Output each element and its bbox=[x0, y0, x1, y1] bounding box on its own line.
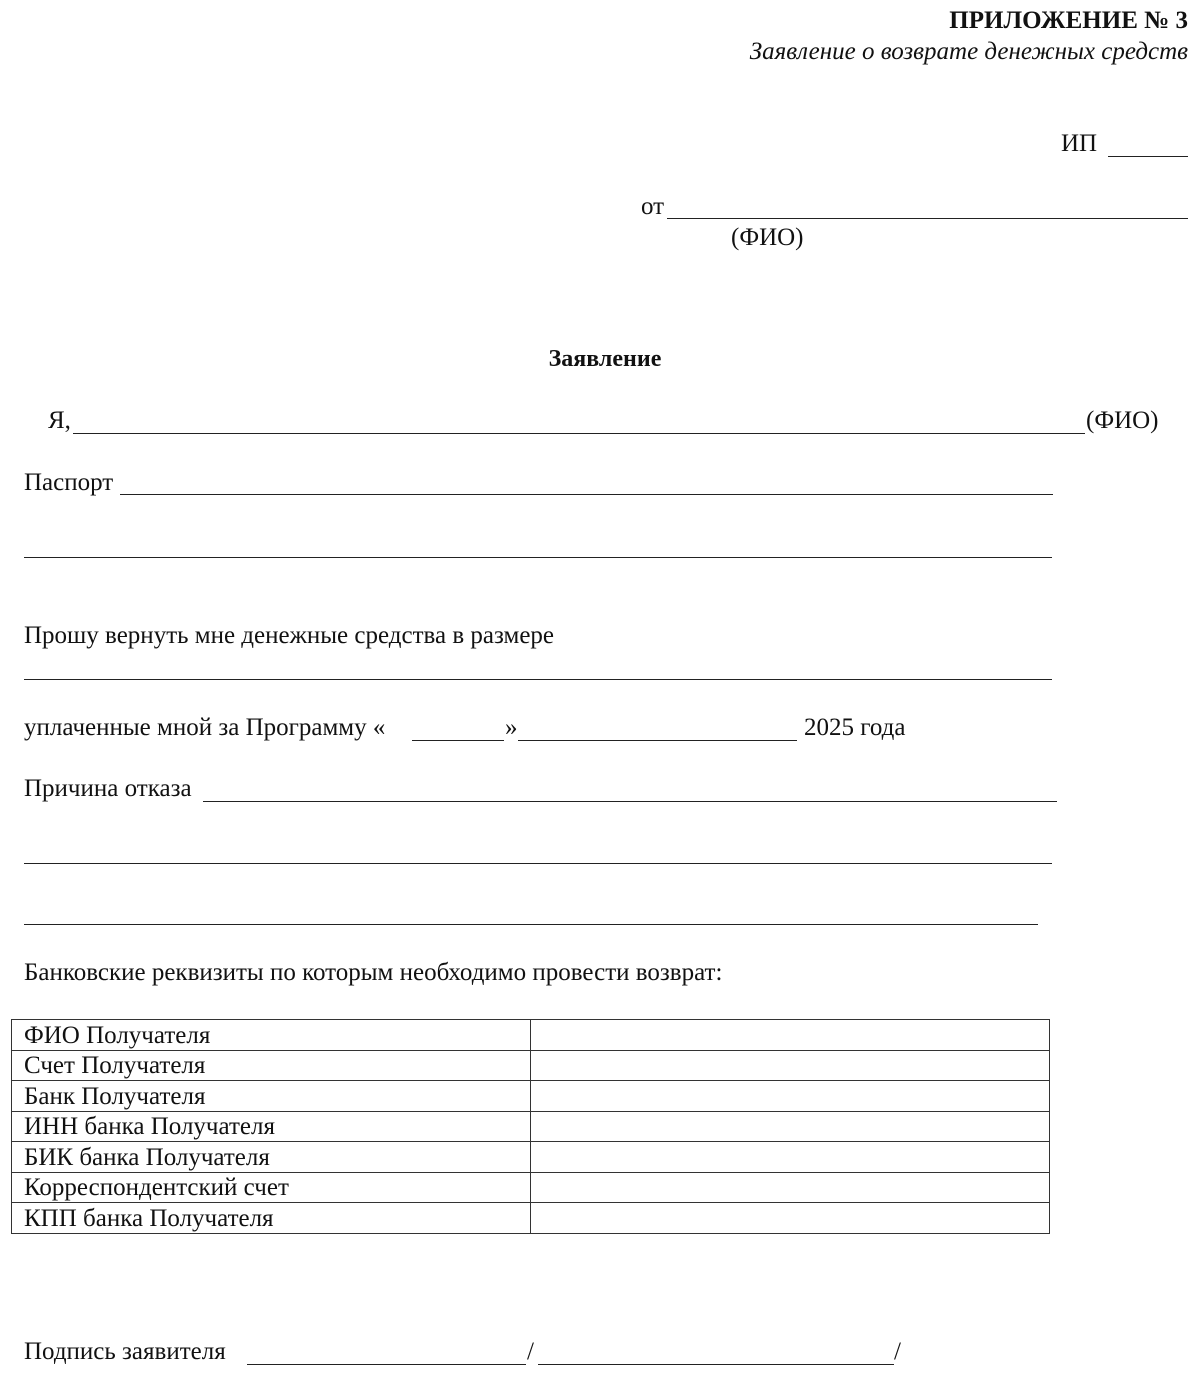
i-fio-hint: (ФИО) bbox=[1086, 406, 1159, 436]
passport-line bbox=[120, 494, 1053, 495]
reason-line-3 bbox=[24, 924, 1038, 925]
row-label: Банк Получателя bbox=[12, 1081, 531, 1112]
row-label: Счет Получателя bbox=[12, 1050, 531, 1081]
amount-field[interactable] bbox=[24, 653, 1052, 679]
i-label: Я, bbox=[48, 406, 71, 436]
reason-field-2[interactable] bbox=[24, 837, 1052, 863]
row-label: ИНН банка Получателя bbox=[12, 1111, 531, 1142]
paid-text-prefix: уплаченные мной за Программу « bbox=[24, 713, 385, 743]
table-row: КПП банка Получателя bbox=[12, 1203, 1050, 1234]
appendix-subtitle: Заявление о возврате денежных средств bbox=[750, 37, 1188, 67]
signature-field[interactable] bbox=[247, 1338, 526, 1364]
bank-details-table: ФИО Получателя Счет Получателя Банк Полу… bbox=[11, 1019, 1050, 1234]
row-value-cell[interactable] bbox=[531, 1111, 1050, 1142]
passport-label: Паспорт bbox=[24, 468, 113, 498]
reason-field-3[interactable] bbox=[24, 898, 1038, 924]
signature-label: Подпись заявителя bbox=[24, 1337, 226, 1367]
bank-details-heading: Банковские реквизиты по которым необходи… bbox=[24, 958, 722, 988]
row-value-cell[interactable] bbox=[531, 1172, 1050, 1203]
row-value-cell[interactable] bbox=[531, 1203, 1050, 1234]
document-title: Заявление bbox=[0, 344, 1200, 374]
row-label: КПП банка Получателя bbox=[12, 1203, 531, 1234]
paid-text-mid: » bbox=[505, 713, 518, 743]
appendix-title: ПРИЛОЖЕНИЕ № 3 bbox=[949, 6, 1188, 36]
row-value-cell[interactable] bbox=[531, 1050, 1050, 1081]
reason-line bbox=[203, 801, 1057, 802]
table-row: ФИО Получателя bbox=[12, 1020, 1050, 1051]
reason-field[interactable] bbox=[203, 775, 1057, 801]
row-value-cell[interactable] bbox=[531, 1142, 1050, 1173]
row-value-cell[interactable] bbox=[531, 1020, 1050, 1051]
i-fio-field[interactable] bbox=[73, 406, 1085, 432]
table-row: Банк Получателя bbox=[12, 1081, 1050, 1112]
row-label: Корреспондентский счет bbox=[12, 1172, 531, 1203]
from-field-line bbox=[667, 218, 1188, 219]
request-text: Прошу вернуть мне денежные средства в ра… bbox=[24, 621, 554, 651]
table-row: Счет Получателя bbox=[12, 1050, 1050, 1081]
signature-separator-1: / bbox=[527, 1337, 534, 1367]
from-fio-hint: (ФИО) bbox=[731, 223, 804, 253]
passport-line-2 bbox=[24, 557, 1052, 558]
i-fio-line bbox=[73, 433, 1085, 434]
table-row: ИНН банка Получателя bbox=[12, 1111, 1050, 1142]
from-fio-field[interactable] bbox=[667, 192, 1188, 218]
signature-name-field[interactable] bbox=[538, 1338, 894, 1364]
signature-separator-2: / bbox=[894, 1337, 901, 1367]
ip-field[interactable] bbox=[1108, 130, 1188, 156]
signature-line bbox=[247, 1364, 526, 1365]
from-label: от bbox=[641, 192, 664, 222]
program-name-field[interactable] bbox=[412, 714, 504, 740]
table-row: БИК банка Получателя bbox=[12, 1142, 1050, 1173]
table-row: Корреспондентский счет bbox=[12, 1172, 1050, 1203]
passport-field[interactable] bbox=[120, 468, 1053, 494]
row-label: БИК банка Получателя bbox=[12, 1142, 531, 1173]
reason-line-2 bbox=[24, 863, 1052, 864]
amount-line bbox=[24, 679, 1052, 680]
paid-text-suffix: 2025 года bbox=[804, 713, 905, 743]
program-name-line bbox=[412, 740, 504, 741]
payment-date-field[interactable] bbox=[518, 714, 797, 740]
row-value-cell[interactable] bbox=[531, 1081, 1050, 1112]
reason-label: Причина отказа bbox=[24, 774, 192, 804]
signature-name-line bbox=[538, 1364, 894, 1365]
ip-field-line bbox=[1108, 156, 1188, 157]
payment-date-line bbox=[518, 740, 797, 741]
row-label: ФИО Получателя bbox=[12, 1020, 531, 1051]
ip-label: ИП bbox=[1061, 129, 1097, 159]
passport-field-2[interactable] bbox=[24, 531, 1052, 557]
